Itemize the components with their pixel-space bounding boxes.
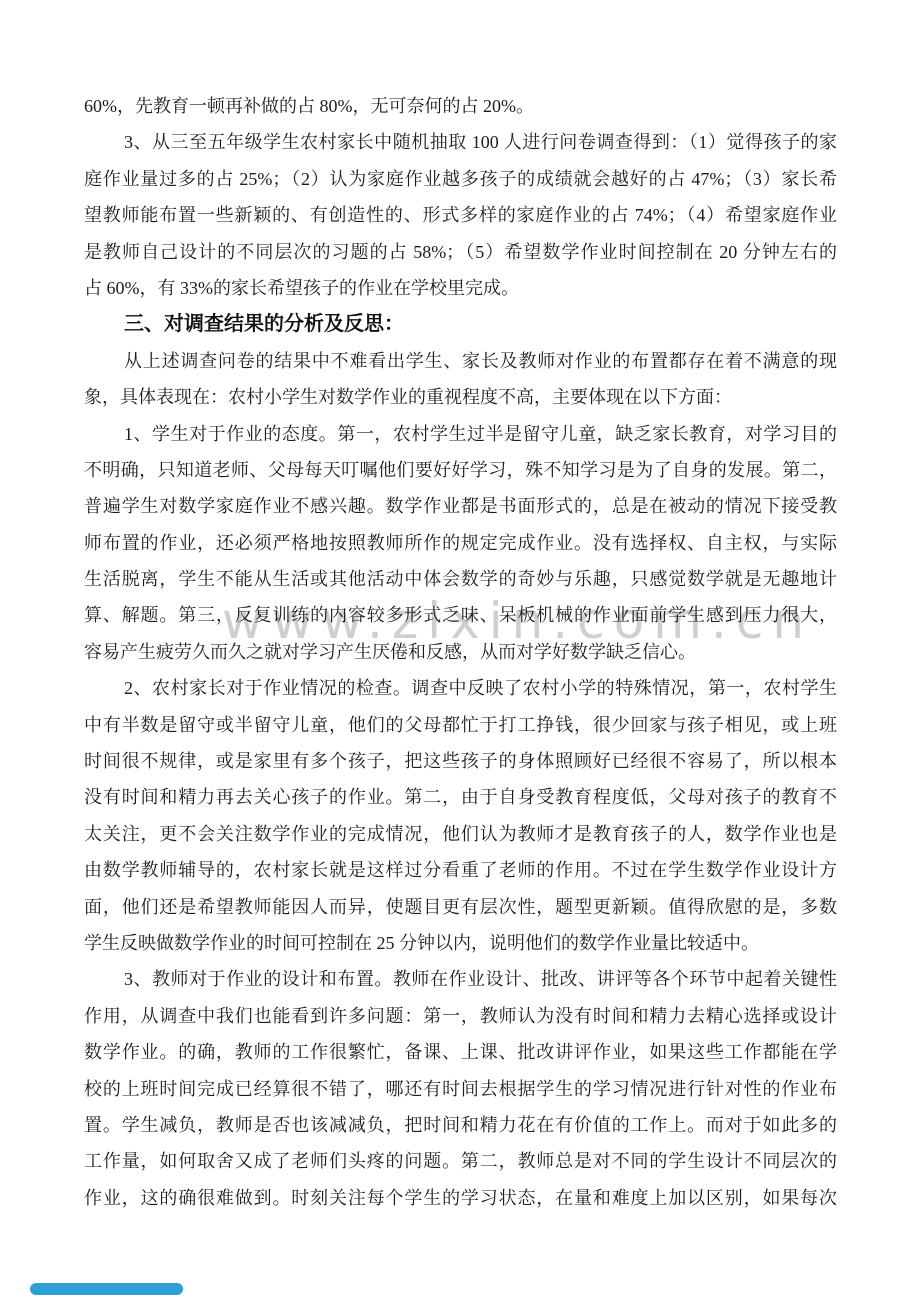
text-line: 3、从三至五年级学生农村家长中随机抽取 100 人进行问卷调查得到：（1）觉得孩… [84,124,837,160]
text-line: 3、教师对于作业的设计和布置。教师在作业设计、批改、讲评等各个环节中起着关键性 [84,961,837,997]
text-line: 置。学生减负，教师是否也该减减负，把时间和精力花在有价值的工作上。而对于如此多的 [84,1107,837,1143]
text-line: 占 60%，有 33%的家长希望孩子的作业在学校里完成。 [84,270,837,306]
document-page: www.zixin.com.cn 60%，先教育一顿再补做的占 80%，无可奈何… [0,0,920,1302]
text-line: 时间很不规律，或是家里有多个孩子，把这些孩子的身体照顾好已经很不容易了，所以根本 [84,743,837,779]
text-line: 普遍学生对数学家庭作业不感兴趣。数学作业都是书面形式的，总是在被动的情况下接受教 [84,488,837,524]
text-line: 学生反映做数学作业的时间可控制在 25 分钟以内，说明他们的数学作业量比较适中。 [84,925,837,961]
text-line: 60%，先教育一顿再补做的占 80%，无可奈何的占 20%。 [84,88,837,124]
text-line: 师布置的作业，还必须严格地按照教师所作的规定完成作业。没有选择权、自主权，与实际 [84,525,837,561]
text-line: 象，具体表现在：农村小学生对数学作业的重视程度不高，主要体现在以下方面： [84,379,837,415]
text-line: 算、解题。第三，反复训练的内容较多形式乏味、呆板机械的作业面前学生感到压力很大， [84,597,837,633]
text-line: 太关注，更不会关注数学作业的完成情况，他们认为教师才是教育孩子的人，数学作业也是 [84,816,837,852]
text-line: 是教师自己设计的不同层次的习题的占 58%；（5）希望数学作业时间控制在 20 … [84,234,837,270]
text-line: 校的上班时间完成已经算很不错了，哪还有时间去根据学生的学习情况进行针对性的作业布 [84,1071,837,1107]
section-heading: 三、对调查结果的分析及反思： [84,306,837,342]
text-line: 面，他们还是希望教师能因人而异，使题目更有层次性，题型更新颖。值得欣慰的是，多数 [84,889,837,925]
text-line: 工作量，如何取舍又成了老师们头疼的问题。第二，教师总是对不同的学生设计不同层次的 [84,1143,837,1179]
text-line: 作用，从调查中我们也能看到许多问题：第一，教师认为没有时间和精力去精心选择或设计 [84,998,837,1034]
text-line: 不明确，只知道老师、父母每天叮嘱他们要好好学习，殊不知学习是为了自身的发展。第二… [84,452,837,488]
text-line: 从上述调查问卷的结果中不难看出学生、家长及教师对作业的布置都存在着不满意的现 [84,343,837,379]
text-line: 中有半数是留守或半留守儿童，他们的父母都忙于打工挣钱，很少回家与孩子相见，或上班 [84,707,837,743]
text-line: 数学作业。的确，教师的工作很繁忙，备课、上课、批改讲评作业，如果这些工作都能在学 [84,1034,837,1070]
text-line: 1、学生对于作业的态度。第一，农村学生过半是留守儿童，缺乏家长教育，对学习目的 [84,416,837,452]
text-line: 由数学教师辅导的，农村家长就是这样过分看重了老师的作用。不过在学生数学作业设计方 [84,852,837,888]
text-line: 没有时间和精力再去关心孩子的作业。第二，由于自身受教育程度低，父母对孩子的教育不 [84,779,837,815]
text-line: 庭作业量过多的占 25%；（2）认为家庭作业越多孩子的成绩就会越好的占 47%；… [84,161,837,197]
bottom-accent-bar [30,1283,183,1295]
text-line: 生活脱离，学生不能从生活或其他活动中体会数学的奇妙与乐趣，只感觉数学就是无趣地计 [84,561,837,597]
text-line: 作业，这的确很难做到。时刻关注每个学生的学习状态，在量和难度上加以区别，如果每次 [84,1180,837,1216]
text-line: 望教师能布置一些新颖的、有创造性的、形式多样的家庭作业的占 74%；（4）希望家… [84,197,837,233]
text-line: 2、农村家长对于作业情况的检查。调查中反映了农村小学的特殊情况，第一，农村学生 [84,670,837,706]
document-body: 60%，先教育一顿再补做的占 80%，无可奈何的占 20%。 3、从三至五年级学… [84,88,837,1216]
text-line: 容易产生疲劳久而久之就对学习产生厌倦和反感，从而对学好数学缺乏信心。 [84,634,837,670]
